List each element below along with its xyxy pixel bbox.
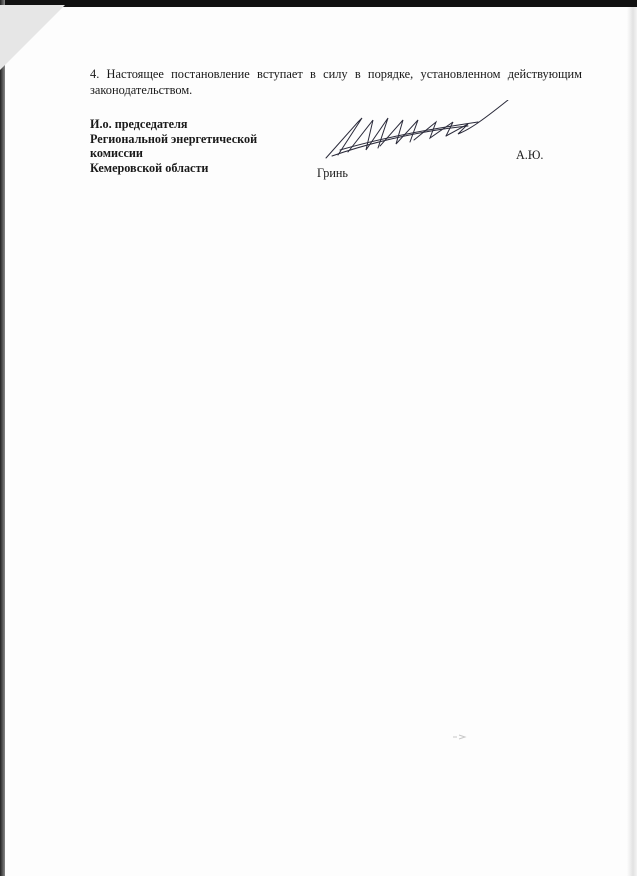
scan-left-border: [0, 0, 5, 876]
signatory-title: И.о. председателя Региональной энергетич…: [90, 117, 257, 175]
scan-speck: [452, 734, 468, 740]
closing-clause: 4. Настоящее постановление вступает в си…: [90, 66, 582, 98]
scan-right-border: [627, 7, 637, 876]
handwritten-signature: [318, 100, 518, 165]
scan-top-border: [0, 0, 637, 7]
signatory-title-line: И.о. председателя: [90, 117, 257, 132]
signatory-initials: А.Ю.: [516, 148, 543, 163]
signatory-title-line: комиссии: [90, 146, 257, 161]
folded-corner: [0, 5, 65, 70]
signatory-title-line: Кемеровской области: [90, 161, 257, 176]
signatory-surname: Гринь: [317, 166, 348, 181]
signatory-title-line: Региональной энергетической: [90, 132, 257, 147]
